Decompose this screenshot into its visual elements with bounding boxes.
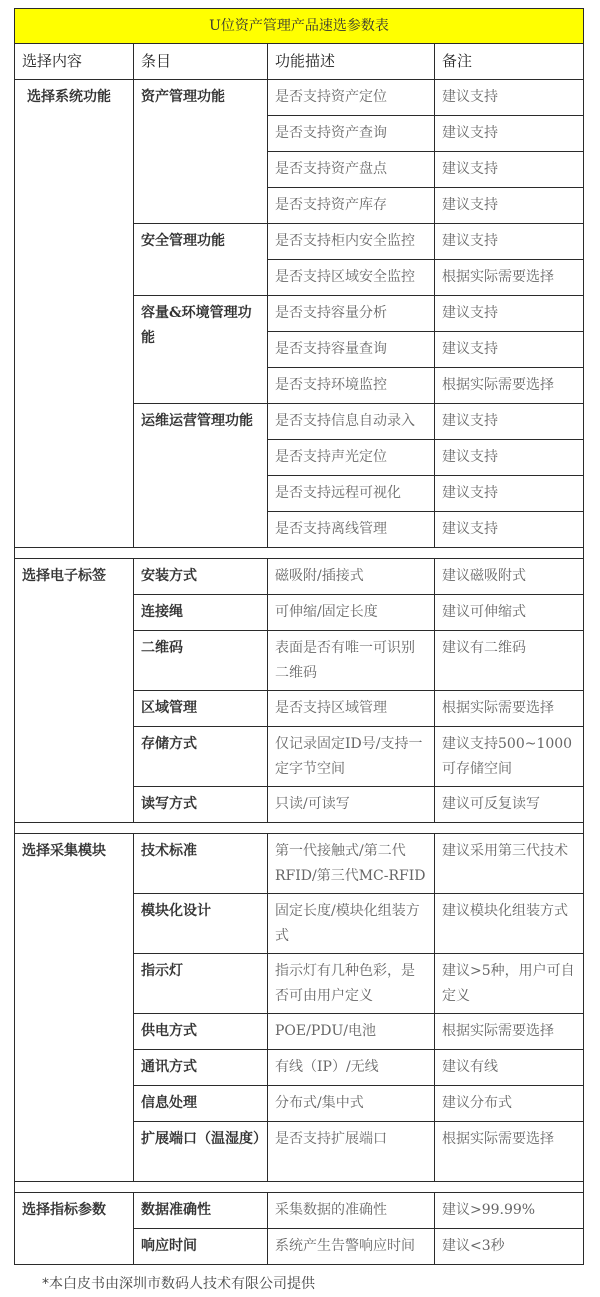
- header-note: 备注: [435, 44, 584, 80]
- item-cell: 运维运营管理功能: [134, 404, 268, 548]
- note-cell: 建议分布式: [435, 1086, 584, 1122]
- desc-cell: 有线（IP）/无线: [268, 1050, 435, 1086]
- table-row: 选择采集模块 技术标准 第一代接触式/第二代RFID/第三代MC-RFID 建议…: [15, 834, 584, 894]
- desc-cell: 是否支持区域安全监控: [268, 260, 435, 296]
- item-cell: 模块化设计: [134, 894, 268, 954]
- separator-cell: [15, 548, 584, 559]
- item-cell: 技术标准: [134, 834, 268, 894]
- desc-cell: 指示灯有几种色彩，是否可由用户定义: [268, 954, 435, 1014]
- desc-cell: 是否支持区域管理: [268, 691, 435, 727]
- desc-cell: 固定长度/模块化组装方式: [268, 894, 435, 954]
- note-cell: 建议可伸缩式: [435, 595, 584, 631]
- note-cell: 建议<3秒: [435, 1229, 584, 1265]
- item-cell: 安全管理功能: [134, 224, 268, 296]
- note-cell: 建议支持: [435, 404, 584, 440]
- item-cell: 扩展端口（温湿度）: [134, 1122, 268, 1182]
- desc-cell: 是否支持信息自动录入: [268, 404, 435, 440]
- item-cell: 通讯方式: [134, 1050, 268, 1086]
- note-cell: 建议>5种，用户可自定义: [435, 954, 584, 1014]
- item-cell: 连接绳: [134, 595, 268, 631]
- desc-cell: 是否支持离线管理: [268, 512, 435, 548]
- item-cell: 区域管理: [134, 691, 268, 727]
- item-cell: 安装方式: [134, 559, 268, 595]
- desc-cell: 是否支持资产查询: [268, 116, 435, 152]
- table-row: 选择系统功能 资产管理功能 是否支持资产定位 建议支持: [15, 80, 584, 116]
- section-separator: [15, 823, 584, 834]
- desc-cell: 是否支持资产库存: [268, 188, 435, 224]
- item-cell: 资产管理功能: [134, 80, 268, 224]
- note-cell: 建议支持: [435, 116, 584, 152]
- note-cell: 建议支持500~1000可存储空间: [435, 727, 584, 787]
- note-cell: 建议支持: [435, 476, 584, 512]
- desc-cell: 是否支持容量分析: [268, 296, 435, 332]
- desc-cell: 只读/可读写: [268, 787, 435, 823]
- header-category: 选择内容: [15, 44, 134, 80]
- note-cell: 建议支持: [435, 296, 584, 332]
- footer-note: *本白皮书由深圳市数码人技术有限公司提供: [42, 1273, 315, 1293]
- note-cell: 建议有二维码: [435, 631, 584, 691]
- separator-cell: [15, 823, 584, 834]
- section-separator: [15, 548, 584, 559]
- table-title: U位资产管理产品速选参数表: [15, 9, 584, 44]
- item-cell: 数据准确性: [134, 1193, 268, 1229]
- section-separator: [15, 1182, 584, 1193]
- note-cell: 建议模块化组装方式: [435, 894, 584, 954]
- note-cell: 建议支持: [435, 440, 584, 476]
- header-description: 功能描述: [268, 44, 435, 80]
- desc-cell: 磁吸附/插接式: [268, 559, 435, 595]
- note-cell: 建议>99.99%: [435, 1193, 584, 1229]
- desc-cell: POE/PDU/电池: [268, 1014, 435, 1050]
- desc-cell: 是否支持容量查询: [268, 332, 435, 368]
- note-cell: 建议有线: [435, 1050, 584, 1086]
- note-cell: 根据实际需要选择: [435, 691, 584, 727]
- note-cell: 建议支持: [435, 512, 584, 548]
- desc-cell: 第一代接触式/第二代RFID/第三代MC-RFID: [268, 834, 435, 894]
- spec-table-container: U位资产管理产品速选参数表 选择内容 条目 功能描述 备注 选择系统功能 资产管…: [14, 8, 583, 1265]
- desc-cell: 是否支持柜内安全监控: [268, 224, 435, 260]
- note-cell: 根据实际需要选择: [435, 260, 584, 296]
- desc-cell: 系统产生告警响应时间: [268, 1229, 435, 1265]
- note-cell: 建议磁吸附式: [435, 559, 584, 595]
- desc-cell: 表面是否有唯一可识别二维码: [268, 631, 435, 691]
- note-cell: 建议支持: [435, 332, 584, 368]
- note-cell: 根据实际需要选择: [435, 1014, 584, 1050]
- category-cell: 选择系统功能: [15, 80, 134, 548]
- note-cell: 根据实际需要选择: [435, 368, 584, 404]
- spec-table: U位资产管理产品速选参数表 选择内容 条目 功能描述 备注 选择系统功能 资产管…: [14, 8, 584, 1265]
- note-cell: 建议采用第三代技术: [435, 834, 584, 894]
- note-cell: 建议支持: [435, 152, 584, 188]
- item-cell: 存储方式: [134, 727, 268, 787]
- category-cell: 选择电子标签: [15, 559, 134, 823]
- header-row: 选择内容 条目 功能描述 备注: [15, 44, 584, 80]
- header-item: 条目: [134, 44, 268, 80]
- item-cell: 二维码: [134, 631, 268, 691]
- item-cell: 响应时间: [134, 1229, 268, 1265]
- desc-cell: 是否支持远程可视化: [268, 476, 435, 512]
- title-row: U位资产管理产品速选参数表: [15, 9, 584, 44]
- desc-cell: 采集数据的准确性: [268, 1193, 435, 1229]
- desc-cell: 是否支持声光定位: [268, 440, 435, 476]
- desc-cell: 仅记录固定ID号/支持一定字节空间: [268, 727, 435, 787]
- table-row: 选择电子标签 安装方式 磁吸附/插接式 建议磁吸附式: [15, 559, 584, 595]
- note-cell: 建议支持: [435, 188, 584, 224]
- note-cell: 建议支持: [435, 80, 584, 116]
- desc-cell: 是否支持扩展端口: [268, 1122, 435, 1182]
- desc-cell: 是否支持环境监控: [268, 368, 435, 404]
- category-cell: 选择指标参数: [15, 1193, 134, 1265]
- item-cell: 供电方式: [134, 1014, 268, 1050]
- desc-cell: 可伸缩/固定长度: [268, 595, 435, 631]
- note-cell: 建议可反复读写: [435, 787, 584, 823]
- note-cell: 根据实际需要选择: [435, 1122, 584, 1182]
- item-cell: 信息处理: [134, 1086, 268, 1122]
- item-cell: 指示灯: [134, 954, 268, 1014]
- desc-cell: 是否支持资产定位: [268, 80, 435, 116]
- item-cell: 读写方式: [134, 787, 268, 823]
- item-cell: 容量&环境管理功能: [134, 296, 268, 404]
- category-cell: 选择采集模块: [15, 834, 134, 1182]
- note-cell: 建议支持: [435, 224, 584, 260]
- desc-cell: 分布式/集中式: [268, 1086, 435, 1122]
- table-row: 选择指标参数 数据准确性 采集数据的准确性 建议>99.99%: [15, 1193, 584, 1229]
- separator-cell: [15, 1182, 584, 1193]
- desc-cell: 是否支持资产盘点: [268, 152, 435, 188]
